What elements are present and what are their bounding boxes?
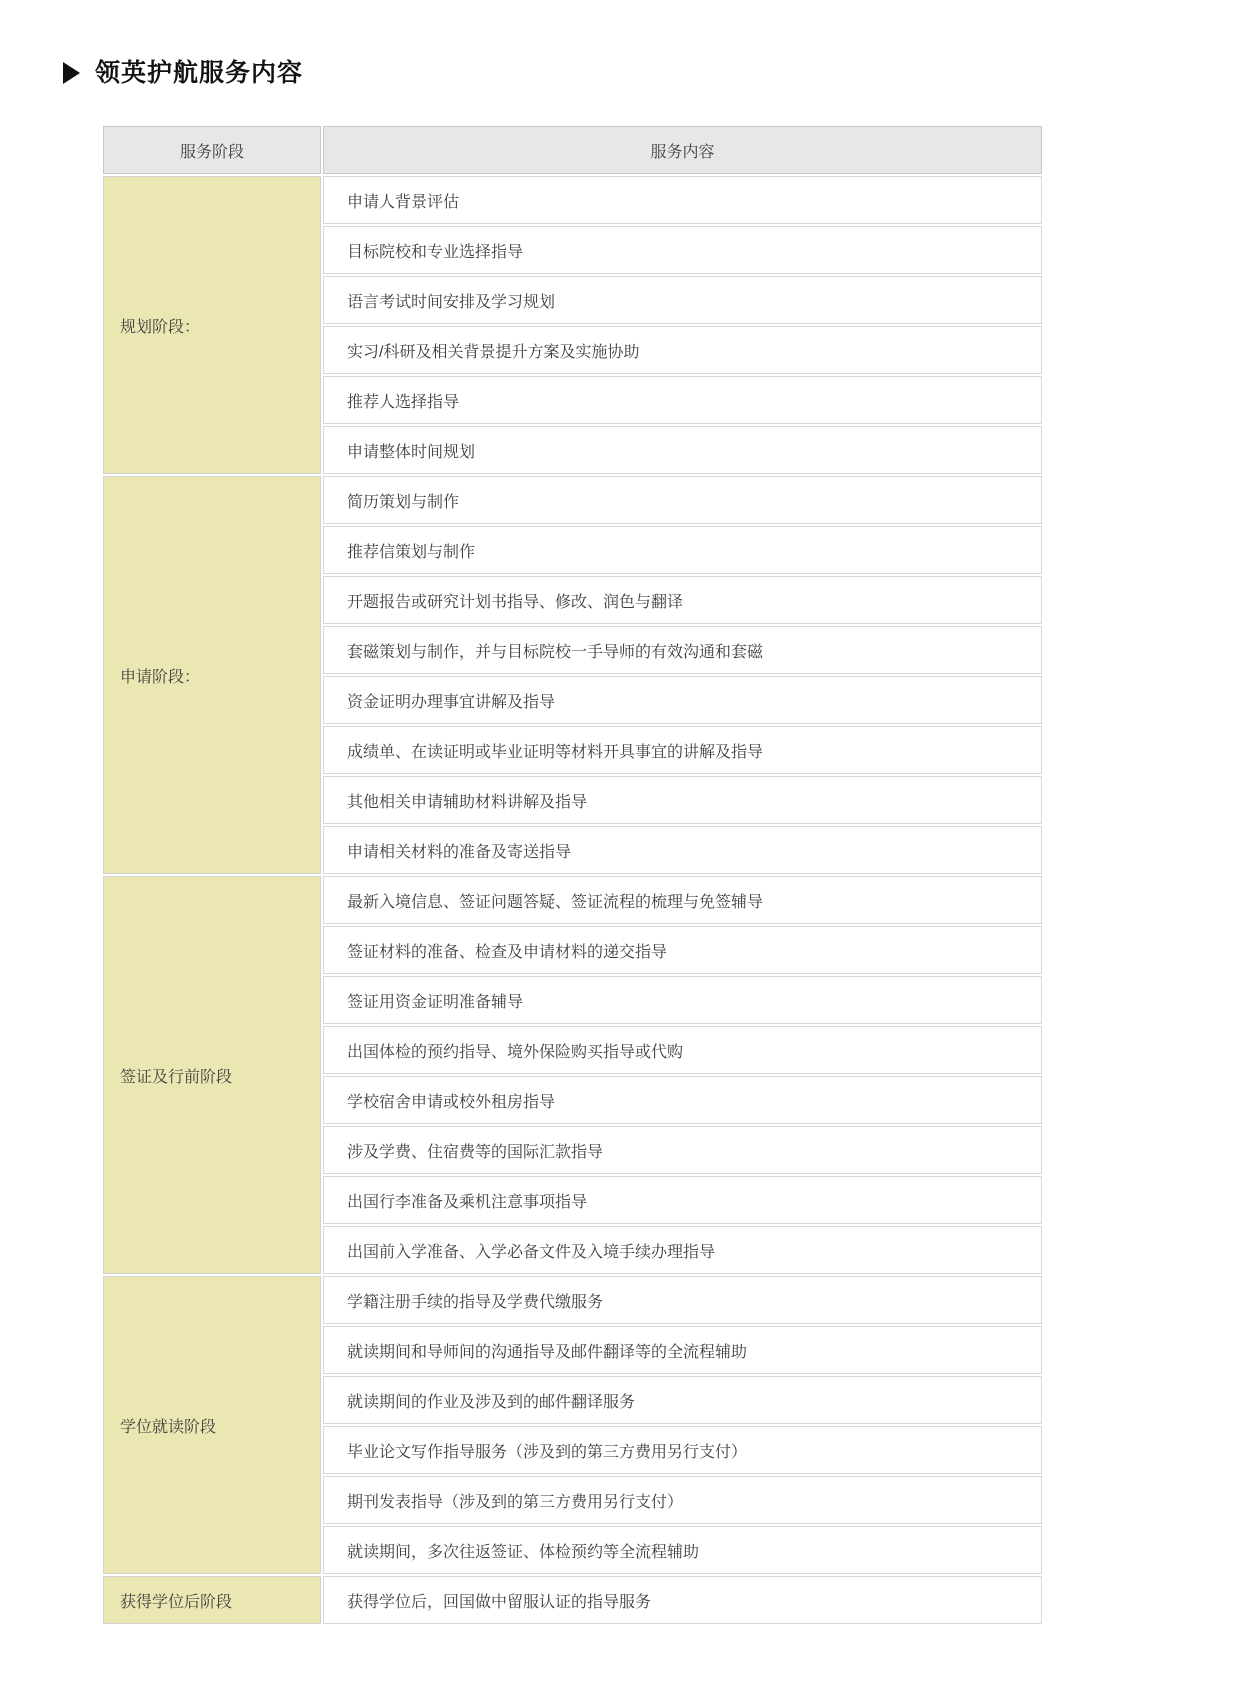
service-item-cell: 出国前入学准备、入学必备文件及入境手续办理指导 [323,1226,1042,1274]
service-item-cell: 就读期间的作业及涉及到的邮件翻译服务 [323,1376,1042,1424]
right-triangle-icon [63,62,80,84]
service-item-cell: 涉及学费、住宿费等的国际汇款指导 [323,1126,1042,1174]
service-item-cell: 毕业论文写作指导服务（涉及到的第三方费用另行支付） [323,1426,1042,1474]
service-item-cell: 最新入境信息、签证问题答疑、签证流程的梳理与免签辅导 [323,876,1042,924]
section-title-row: 领英护航服务内容 [0,0,1240,88]
service-item-cell: 套磁策划与制作，并与目标院校一手导师的有效沟通和套磁 [323,626,1042,674]
header-stage: 服务阶段 [103,126,321,174]
table-row: 学位就读阶段学籍注册手续的指导及学费代缴服务 [103,1276,1042,1324]
service-item-cell: 获得学位后，回国做中留服认证的指导服务 [323,1576,1042,1624]
header-content: 服务内容 [323,126,1042,174]
service-item-cell: 资金证明办理事宜讲解及指导 [323,676,1042,724]
service-item-cell: 出国体检的预约指导、境外保险购买指导或代购 [323,1026,1042,1074]
service-item-cell: 其他相关申请辅助材料讲解及指导 [323,776,1042,824]
service-table: 服务阶段 服务内容 规划阶段：申请人背景评估目标院校和专业选择指导语言考试时间安… [101,124,1044,1626]
table-row: 获得学位后阶段获得学位后，回国做中留服认证的指导服务 [103,1576,1042,1624]
stage-cell: 申请阶段： [103,476,321,874]
service-item-cell: 推荐信策划与制作 [323,526,1042,574]
stage-cell: 获得学位后阶段 [103,1576,321,1624]
stage-cell: 学位就读阶段 [103,1276,321,1574]
service-item-cell: 学校宿舍申请或校外租房指导 [323,1076,1042,1124]
service-item-cell: 签证材料的准备、检查及申请材料的递交指导 [323,926,1042,974]
service-item-cell: 推荐人选择指导 [323,376,1042,424]
service-item-cell: 申请整体时间规划 [323,426,1042,474]
table-row: 申请阶段：简历策划与制作 [103,476,1042,524]
service-item-cell: 签证用资金证明准备辅导 [323,976,1042,1024]
service-item-cell: 语言考试时间安排及学习规划 [323,276,1042,324]
document-page: 领英护航服务内容 服务阶段 服务内容 规划阶段：申请人背景评估目标院校和专业选择… [0,0,1240,1683]
stage-cell: 签证及行前阶段 [103,876,321,1274]
service-item-cell: 出国行李准备及乘机注意事项指导 [323,1176,1042,1224]
service-item-cell: 目标院校和专业选择指导 [323,226,1042,274]
service-item-cell: 就读期间，多次往返签证、体检预约等全流程辅助 [323,1526,1042,1574]
service-item-cell: 成绩单、在读证明或毕业证明等材料开具事宜的讲解及指导 [323,726,1042,774]
service-item-cell: 实习/科研及相关背景提升方案及实施协助 [323,326,1042,374]
table-row: 规划阶段：申请人背景评估 [103,176,1042,224]
service-item-cell: 就读期间和导师间的沟通指导及邮件翻译等的全流程辅助 [323,1326,1042,1374]
stage-cell: 规划阶段： [103,176,321,474]
service-table-head: 服务阶段 服务内容 [103,126,1042,174]
service-item-cell: 申请人背景评估 [323,176,1042,224]
service-item-cell: 开题报告或研究计划书指导、修改、润色与翻译 [323,576,1042,624]
service-item-cell: 申请相关材料的准备及寄送指导 [323,826,1042,874]
service-item-cell: 期刊发表指导（涉及到的第三方费用另行支付） [323,1476,1042,1524]
service-item-cell: 简历策划与制作 [323,476,1042,524]
table-row: 签证及行前阶段最新入境信息、签证问题答疑、签证流程的梳理与免签辅导 [103,876,1042,924]
page-title: 领英护航服务内容 [95,58,303,88]
header-row: 服务阶段 服务内容 [103,126,1042,174]
service-table-body: 规划阶段：申请人背景评估目标院校和专业选择指导语言考试时间安排及学习规划实习/科… [103,176,1042,1624]
service-item-cell: 学籍注册手续的指导及学费代缴服务 [323,1276,1042,1324]
